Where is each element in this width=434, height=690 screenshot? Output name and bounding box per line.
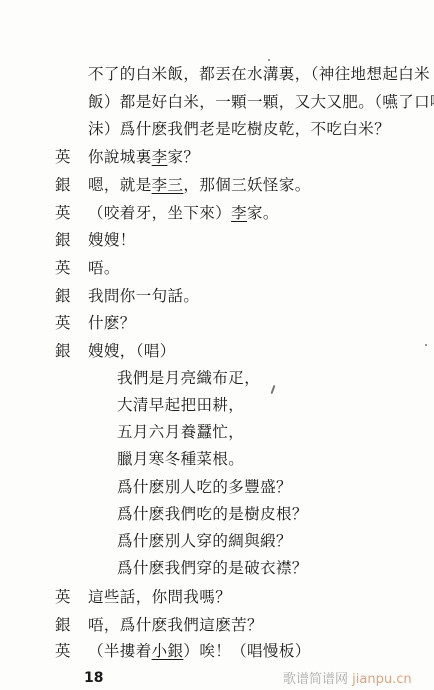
page-number: 18 (84, 670, 103, 686)
prose-line: 飯）都是好白米，一顆一顆，又大又肥。（嚥了口唾 (88, 92, 434, 112)
underlined-name: 李 (152, 148, 168, 166)
dialogue-text: 什麽？ (88, 313, 136, 333)
scan-speck (268, 59, 270, 61)
speaker-label: 銀 (55, 341, 71, 361)
verse-line: 臘月寒冬種菜根。 (117, 449, 244, 469)
prose-line: 不了的白米飯，都丟在水溝裏，（神往地想起白米 (88, 64, 430, 84)
verse-line: 我們是月亮織布疋， (117, 368, 260, 388)
underlined-name: 小銀 (152, 642, 184, 660)
dialogue-text: （半摟着小銀）唉！（唱慢板） (88, 641, 311, 661)
dialogue-text: 你說城裏李家？ (88, 147, 199, 167)
speaker-label: 銀 (55, 230, 71, 250)
dialogue-text: 嫂嫂，（唱） (88, 341, 176, 361)
scan-speck (425, 344, 427, 346)
dialogue-text: 嗯，就是李三，那個三妖怪家。 (88, 175, 311, 195)
verse-line: 五月六月養蠶忙， (117, 422, 244, 442)
speaker-label: 英 (55, 203, 71, 223)
scan-mark (271, 385, 276, 394)
dialogue-text: 唔，爲什麽我們這麽苦？ (88, 615, 263, 635)
speaker-label: 英 (55, 258, 71, 278)
verse-line: 大清早起把田耕， (117, 395, 244, 415)
speaker-label: 英 (55, 147, 71, 167)
dialogue-text: （咬着牙，坐下來）李家。 (88, 203, 279, 223)
watermark: 歌谱简谱网 jianpu.cn (283, 668, 412, 687)
verse-line: 爲什麽別人穿的綢與緞？ (117, 531, 292, 551)
verse-line: 爲什麽別人吃的多豐盛？ (117, 477, 292, 497)
speaker-label: 銀 (55, 175, 71, 195)
dialogue-text: 唔。 (88, 258, 120, 278)
underlined-name: 李 (231, 204, 247, 222)
underlined-name: 李三 (152, 176, 184, 194)
prose-line: 沫）爲什麽我們老是吃樹皮乾，不吃白米？ (88, 119, 390, 139)
dialogue-text: 這些話，你問我嗎？ (88, 587, 231, 607)
speaker-label: 英 (55, 587, 71, 607)
dialogue-text: 我問你一句話。 (88, 286, 199, 306)
speaker-label: 銀 (55, 615, 71, 635)
speaker-label: 英 (55, 641, 71, 661)
verse-line: 爲什麽我們穿的是破衣襟？ (117, 558, 308, 578)
speaker-label: 銀 (55, 286, 71, 306)
verse-line: 爲什麽我們吃的是樹皮根？ (117, 504, 308, 524)
dialogue-text: 嫂嫂！ (88, 230, 136, 250)
speaker-label: 英 (55, 313, 71, 333)
